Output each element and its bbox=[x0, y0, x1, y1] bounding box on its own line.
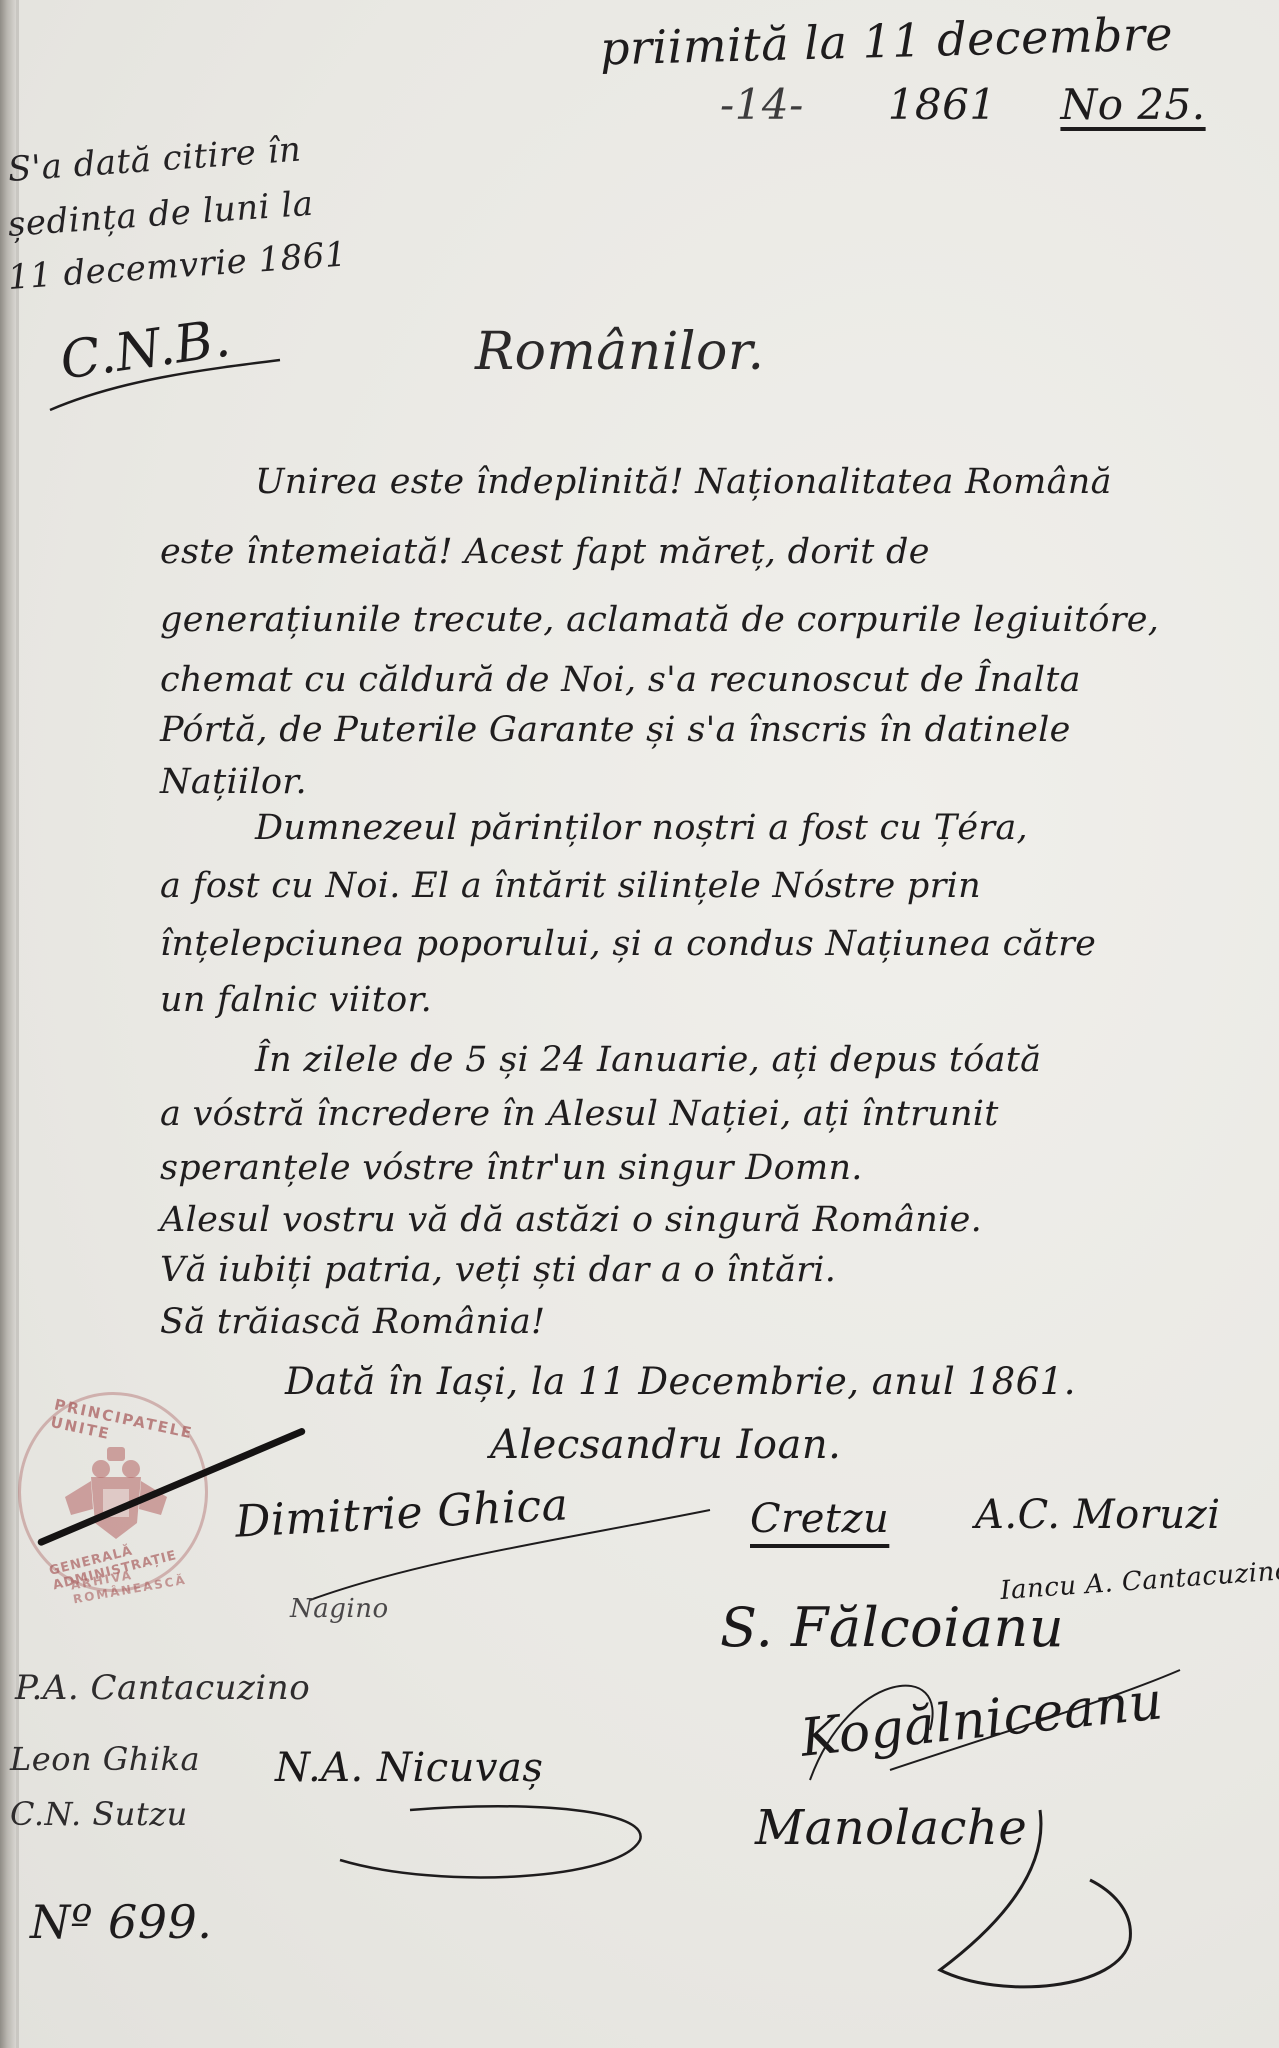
archive-number: Nº 699. bbox=[30, 1895, 212, 1949]
body-line: Să trăiască România! bbox=[160, 1302, 545, 1342]
body-line: Dumnezeul părinților noștri a fost cu Țé… bbox=[255, 808, 1028, 848]
body-line: a vóstră încredere în Alesul Nației, ați… bbox=[160, 1094, 999, 1134]
body-line: înțelepciunea poporului, și a condus Naț… bbox=[160, 924, 1096, 964]
body-line: Națiilor. bbox=[160, 762, 307, 802]
body-line: În zilele de 5 și 24 Ianuarie, ați depus… bbox=[255, 1040, 1041, 1080]
body-line: Unirea este îndeplinită! Naționalitatea … bbox=[255, 462, 1112, 502]
body-line: Pórtă, de Puterile Garante și s'a înscri… bbox=[160, 710, 1071, 750]
page-title: Românilor. bbox=[475, 322, 765, 382]
sovereign-signature: Alecsandru Ioan. bbox=[490, 1422, 841, 1468]
signature: Nagino bbox=[290, 1594, 389, 1624]
document-number: No 25. bbox=[1060, 80, 1205, 129]
body-line: a fost cu Noi. El a întărit silințele Nó… bbox=[160, 866, 981, 906]
signature: Leon Ghika bbox=[10, 1740, 200, 1778]
official-seal: PRINCIPATELE UNITE GENERALĂ ADMINISTRAȚI… bbox=[18, 1392, 208, 1592]
signature: N.A. Nicuvaș bbox=[275, 1745, 543, 1791]
body-line: un falnic viitor. bbox=[160, 980, 432, 1020]
signature: A.C. Moruzi bbox=[975, 1492, 1221, 1538]
registry-number: -14- bbox=[720, 80, 804, 129]
receipt-registry-line: -14- 1861 No 25. bbox=[720, 80, 1206, 129]
receipt-year: 1861 bbox=[888, 80, 997, 129]
signature: Manolache bbox=[755, 1800, 1027, 1856]
signature: C.N. Sutzu bbox=[10, 1795, 188, 1833]
signature: S. Fălcoianu bbox=[720, 1596, 1064, 1659]
body-line: Alesul vostru vă dă astăzi o singură Rom… bbox=[160, 1200, 982, 1240]
body-line: speranțele vóstre într'un singur Domn. bbox=[160, 1148, 863, 1188]
body-line: generațiunile trecute, aclamată de corpu… bbox=[160, 600, 1159, 640]
body-line: chemat cu căldură de Noi, s'a recunoscut… bbox=[160, 660, 1081, 700]
body-line: Vă iubiți patria, veți ști dar a o întăr… bbox=[160, 1250, 836, 1290]
signature: P.A. Cantacuzino bbox=[15, 1668, 310, 1708]
dateline: Dată în Iași, la 11 Decembrie, anul 1861… bbox=[285, 1360, 1076, 1403]
body-line: este întemeiată! Acest fapt măreț, dorit… bbox=[160, 532, 930, 572]
signature: Cretzu bbox=[750, 1496, 889, 1542]
